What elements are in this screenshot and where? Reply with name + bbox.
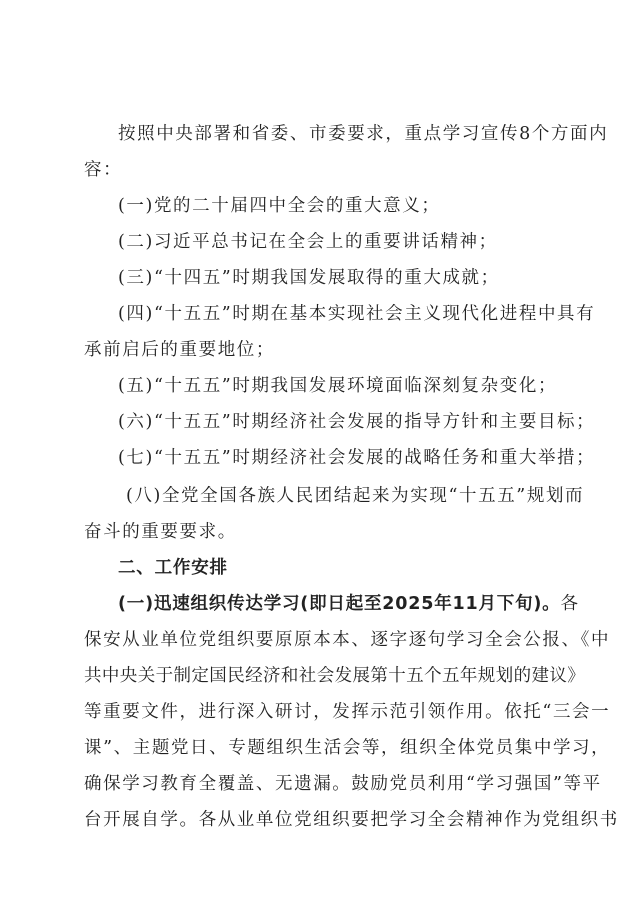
list-item-4-cont: 承前启后的重要地位； [84, 339, 564, 361]
paragraph-line-1: 保安从业单位党组织要原原本本、逐字逐句学习全会公报、《中 [84, 629, 564, 651]
list-item-8-cont: 奋斗的重要要求。 [84, 521, 564, 543]
intro-line-2: 容： [84, 159, 564, 181]
list-item-5: (五)“十五五”时期我国发展环境面临深刻复杂变化； [118, 375, 598, 397]
paragraph-line-3: 等重要文件，进行深入研讨，发挥示范引领作用。依托“三会一 [84, 701, 564, 723]
list-item-1: (一)党的二十届四中全会的重大意义； [118, 195, 598, 217]
paragraph-line-2: 共中央关于制定国民经济和社会发展第十五个五年规划的建议》 [84, 665, 564, 687]
list-item-8: (八)全党全国各族人民团结起来为实现“十五五”规划而 [126, 485, 606, 507]
list-item-7: (七)“十五五”时期经济社会发展的战略任务和重大举措； [118, 447, 598, 469]
intro-line-1: 按照中央部署和省委、市委要求，重点学习宣传8个方面内 [118, 123, 598, 145]
list-item-4: (四)“十五五”时期在基本实现社会主义现代化进程中具有 [118, 303, 598, 325]
list-item-6: (六)“十五五”时期经济社会发展的指导方针和主要目标； [118, 411, 598, 433]
document-page: 按照中央部署和省委、市委要求，重点学习宣传8个方面内 容： (一)党的二十届四中… [0, 0, 640, 905]
subsection-heading: (一)迅速组织传达学习(即日起至2025年11月下旬)。各 [118, 593, 598, 615]
subsection-title: (一)迅速组织传达学习(即日起至2025年11月下旬)。 [118, 594, 560, 614]
list-item-3: (三)“十四五”时期我国发展取得的重大成就； [118, 267, 598, 289]
paragraph-line-5: 确保学习教育全覆盖、无遗漏。鼓励党员利用“学习强国”等平 [84, 773, 564, 795]
list-item-2: (二)习近平总书记在全会上的重要讲话精神； [118, 231, 598, 253]
paragraph-line-4: 课”、主题党日、专题组织生活会等，组织全体党员集中学习， [84, 737, 564, 759]
paragraph-line-6: 台开展自学。各从业单位党组织要把学习全会精神作为党组织书 [84, 809, 564, 831]
subsection-title-tail: 各 [560, 594, 578, 614]
section-heading: 二、工作安排 [118, 557, 598, 579]
